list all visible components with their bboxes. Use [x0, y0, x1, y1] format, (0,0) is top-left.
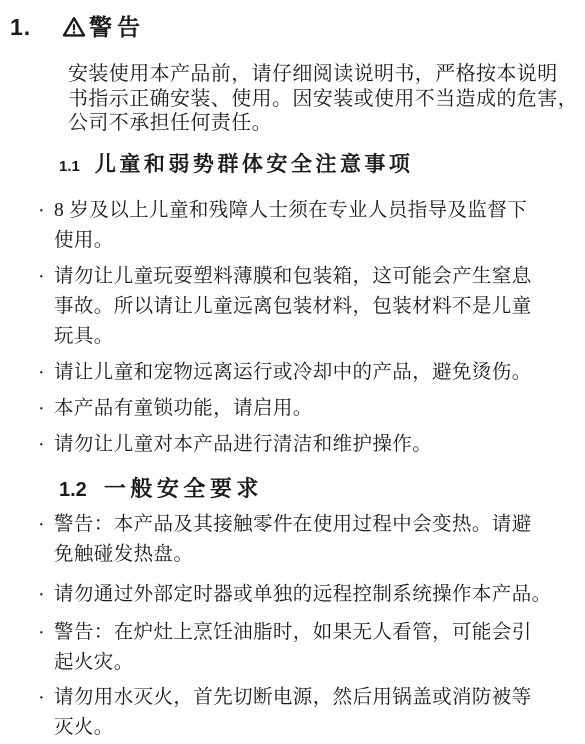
intro-paragraph: 安装使用本产品前，请仔细阅读说明书，严格按本说明 书指示正确安装、使用。因安装或… [68, 62, 580, 136]
section-1-1-heading: 1.1 儿童和弱势群体安全注意事项 [59, 152, 585, 178]
list-item-text: 8 岁及以上儿童和残障人士须在专业人员指导及监督下 使用。 [54, 196, 574, 256]
bullet-icon: · [38, 358, 54, 388]
section-1-2-heading: 1.2 一般安全要求 [59, 475, 585, 503]
bullet-icon: · [38, 683, 54, 713]
manual-warning-page: 1. 警告 安装使用本产品前，请仔细阅读说明书，严格按本说明 书指示正确安装、使… [0, 0, 585, 744]
bullet-icon: · [38, 262, 54, 292]
chapter-number: 1. [10, 13, 62, 41]
list-item: · 请让儿童和宠物远离运行或冷却中的产品，避免烫伤。 [38, 358, 585, 388]
section-1-2-title: 一般安全要求 [104, 475, 263, 503]
chapter-title-wrap: 警告 [62, 13, 145, 41]
bullet-icon: · [38, 618, 54, 648]
list-item: · 警告：本产品及其接触零件在使用过程中会变热。请避 免触碰发热盘。 [38, 510, 585, 570]
list-item-text: 警告：在炉灶上烹饪油脂时，如果无人看管，可能会引 起火灾。 [54, 618, 574, 678]
section-1-2-bullet-list: · 警告：本产品及其接触零件在使用过程中会变热。请避 免触碰发热盘。 · 请勿通… [0, 510, 585, 743]
list-item: · 请勿让儿童玩耍塑料薄膜和包装箱，这可能会产生窒息 事故。所以请让儿童远离包装… [38, 262, 585, 352]
bullet-icon: · [38, 510, 54, 540]
section-1-1-title: 儿童和弱势群体安全注意事项 [95, 152, 414, 178]
list-item-text: 本产品有童锁功能，请启用。 [54, 394, 574, 424]
bullet-icon: · [38, 394, 54, 424]
bullet-icon: · [38, 196, 54, 226]
list-item-text: 请勿让儿童玩耍塑料薄膜和包装箱，这可能会产生窒息 事故。所以请让儿童远离包装材料… [54, 262, 574, 352]
list-item-text: 请勿通过外部定时器或单独的远程控制系统操作本产品。 [54, 580, 574, 610]
list-item-text: 请让儿童和宠物远离运行或冷却中的产品，避免烫伤。 [54, 358, 574, 388]
list-item: · 警告：在炉灶上烹饪油脂时，如果无人看管，可能会引 起火灾。 [38, 618, 585, 678]
warning-triangle-icon [62, 15, 86, 39]
section-1-1-bullet-list: · 8 岁及以上儿童和残障人士须在专业人员指导及监督下 使用。 · 请勿让儿童玩… [0, 196, 585, 460]
chapter-title: 警告 [89, 13, 145, 41]
section-1-2-number: 1.2 [59, 479, 87, 502]
list-item-text: 警告：本产品及其接触零件在使用过程中会变热。请避 免触碰发热盘。 [54, 510, 574, 570]
list-item-text: 请勿用水灭火，首先切断电源，然后用锅盖或消防被等 灭火。 [54, 683, 574, 743]
chapter-heading: 1. 警告 [10, 13, 585, 41]
list-item: · 请勿让儿童对本产品进行清洁和维护操作。 [38, 430, 585, 460]
bullet-icon: · [38, 430, 54, 460]
list-item: · 8 岁及以上儿童和残障人士须在专业人员指导及监督下 使用。 [38, 196, 585, 256]
section-1-1-number: 1.1 [59, 158, 80, 175]
bullet-icon: · [38, 580, 54, 610]
list-item: · 本产品有童锁功能，请启用。 [38, 394, 585, 424]
list-item: · 请勿用水灭火，首先切断电源，然后用锅盖或消防被等 灭火。 [38, 683, 585, 743]
list-item-text: 请勿让儿童对本产品进行清洁和维护操作。 [54, 430, 574, 460]
list-item: · 请勿通过外部定时器或单独的远程控制系统操作本产品。 [38, 580, 585, 610]
